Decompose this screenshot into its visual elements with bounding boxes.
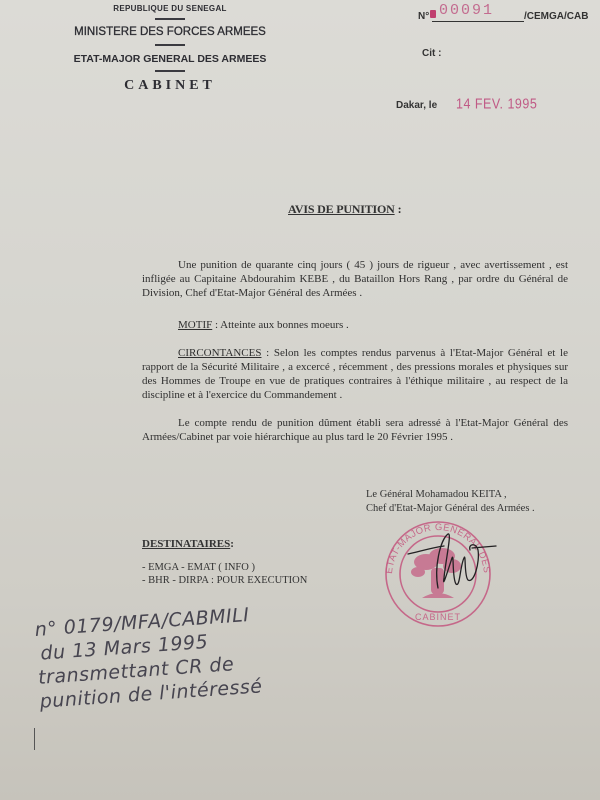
number-underline xyxy=(432,21,524,22)
letterhead-divider xyxy=(155,18,185,20)
number-stamp: 00091 xyxy=(439,2,494,19)
cit-label: Cit : xyxy=(422,48,441,59)
motif-paragraph: MOTIF : Atteinte aux bonnes moeurs . xyxy=(142,318,568,332)
letterhead-ministry: MINISTERE DES FORCES ARMEES xyxy=(40,26,300,38)
reference-number: N° 00091 /CEMGA/CAB xyxy=(418,2,600,24)
official-seal-icon: ETAT-MAJOR GENERAL DES ARMEES CABINET xyxy=(378,518,498,628)
document-title: AVIS DE PUNITION : xyxy=(288,200,402,218)
stamp-blot xyxy=(430,10,436,18)
letterhead-staff: ETAT-MAJOR GENERAL DES ARMEES xyxy=(40,53,300,65)
circumstances-label: CIRCONTANCES xyxy=(178,347,261,359)
letterhead-cabinet: CABINET xyxy=(40,78,300,94)
date-stamp: 14 FEV. 1995 xyxy=(456,96,537,112)
motif-label: MOTIF xyxy=(178,319,212,331)
signatory-title: Chef d'Etat-Major Général des Armées . xyxy=(366,502,535,516)
letterhead-republic: REPUBLIQUE DU SENEGAL xyxy=(40,4,300,13)
number-prefix: N° xyxy=(418,11,429,22)
number-suffix: /CEMGA/CAB xyxy=(524,11,588,22)
signatory-name: Le Général Mohamadou KEITA , xyxy=(366,488,507,502)
letterhead-divider xyxy=(155,70,185,72)
svg-text:CABINET: CABINET xyxy=(415,612,461,622)
motif-text: : Atteinte aux bonnes moeurs . xyxy=(212,319,349,331)
recipient-item: - BHR - DIRPA : POUR EXECUTION xyxy=(142,574,307,587)
recipients-heading: DESTINATAIRES: xyxy=(142,534,234,552)
place-label: Dakar, le xyxy=(396,100,437,111)
recipient-item: - EMGA - EMAT ( INFO ) xyxy=(142,561,255,574)
circumstances-paragraph: CIRCONTANCES : Selon les comptes rendus … xyxy=(142,346,568,402)
letterhead-divider xyxy=(155,44,185,46)
punishment-paragraph: Une punition de quarante cinq jours ( 45… xyxy=(142,258,568,300)
report-paragraph: Le compte rendu de punition dûment établ… xyxy=(142,416,568,444)
handwritten-note: n° 0179/MFA/CABMILI du 13 Mars 1995 tran… xyxy=(34,602,263,713)
title-text: AVIS DE PUNITION xyxy=(288,202,395,216)
pen-stroke xyxy=(34,728,35,750)
